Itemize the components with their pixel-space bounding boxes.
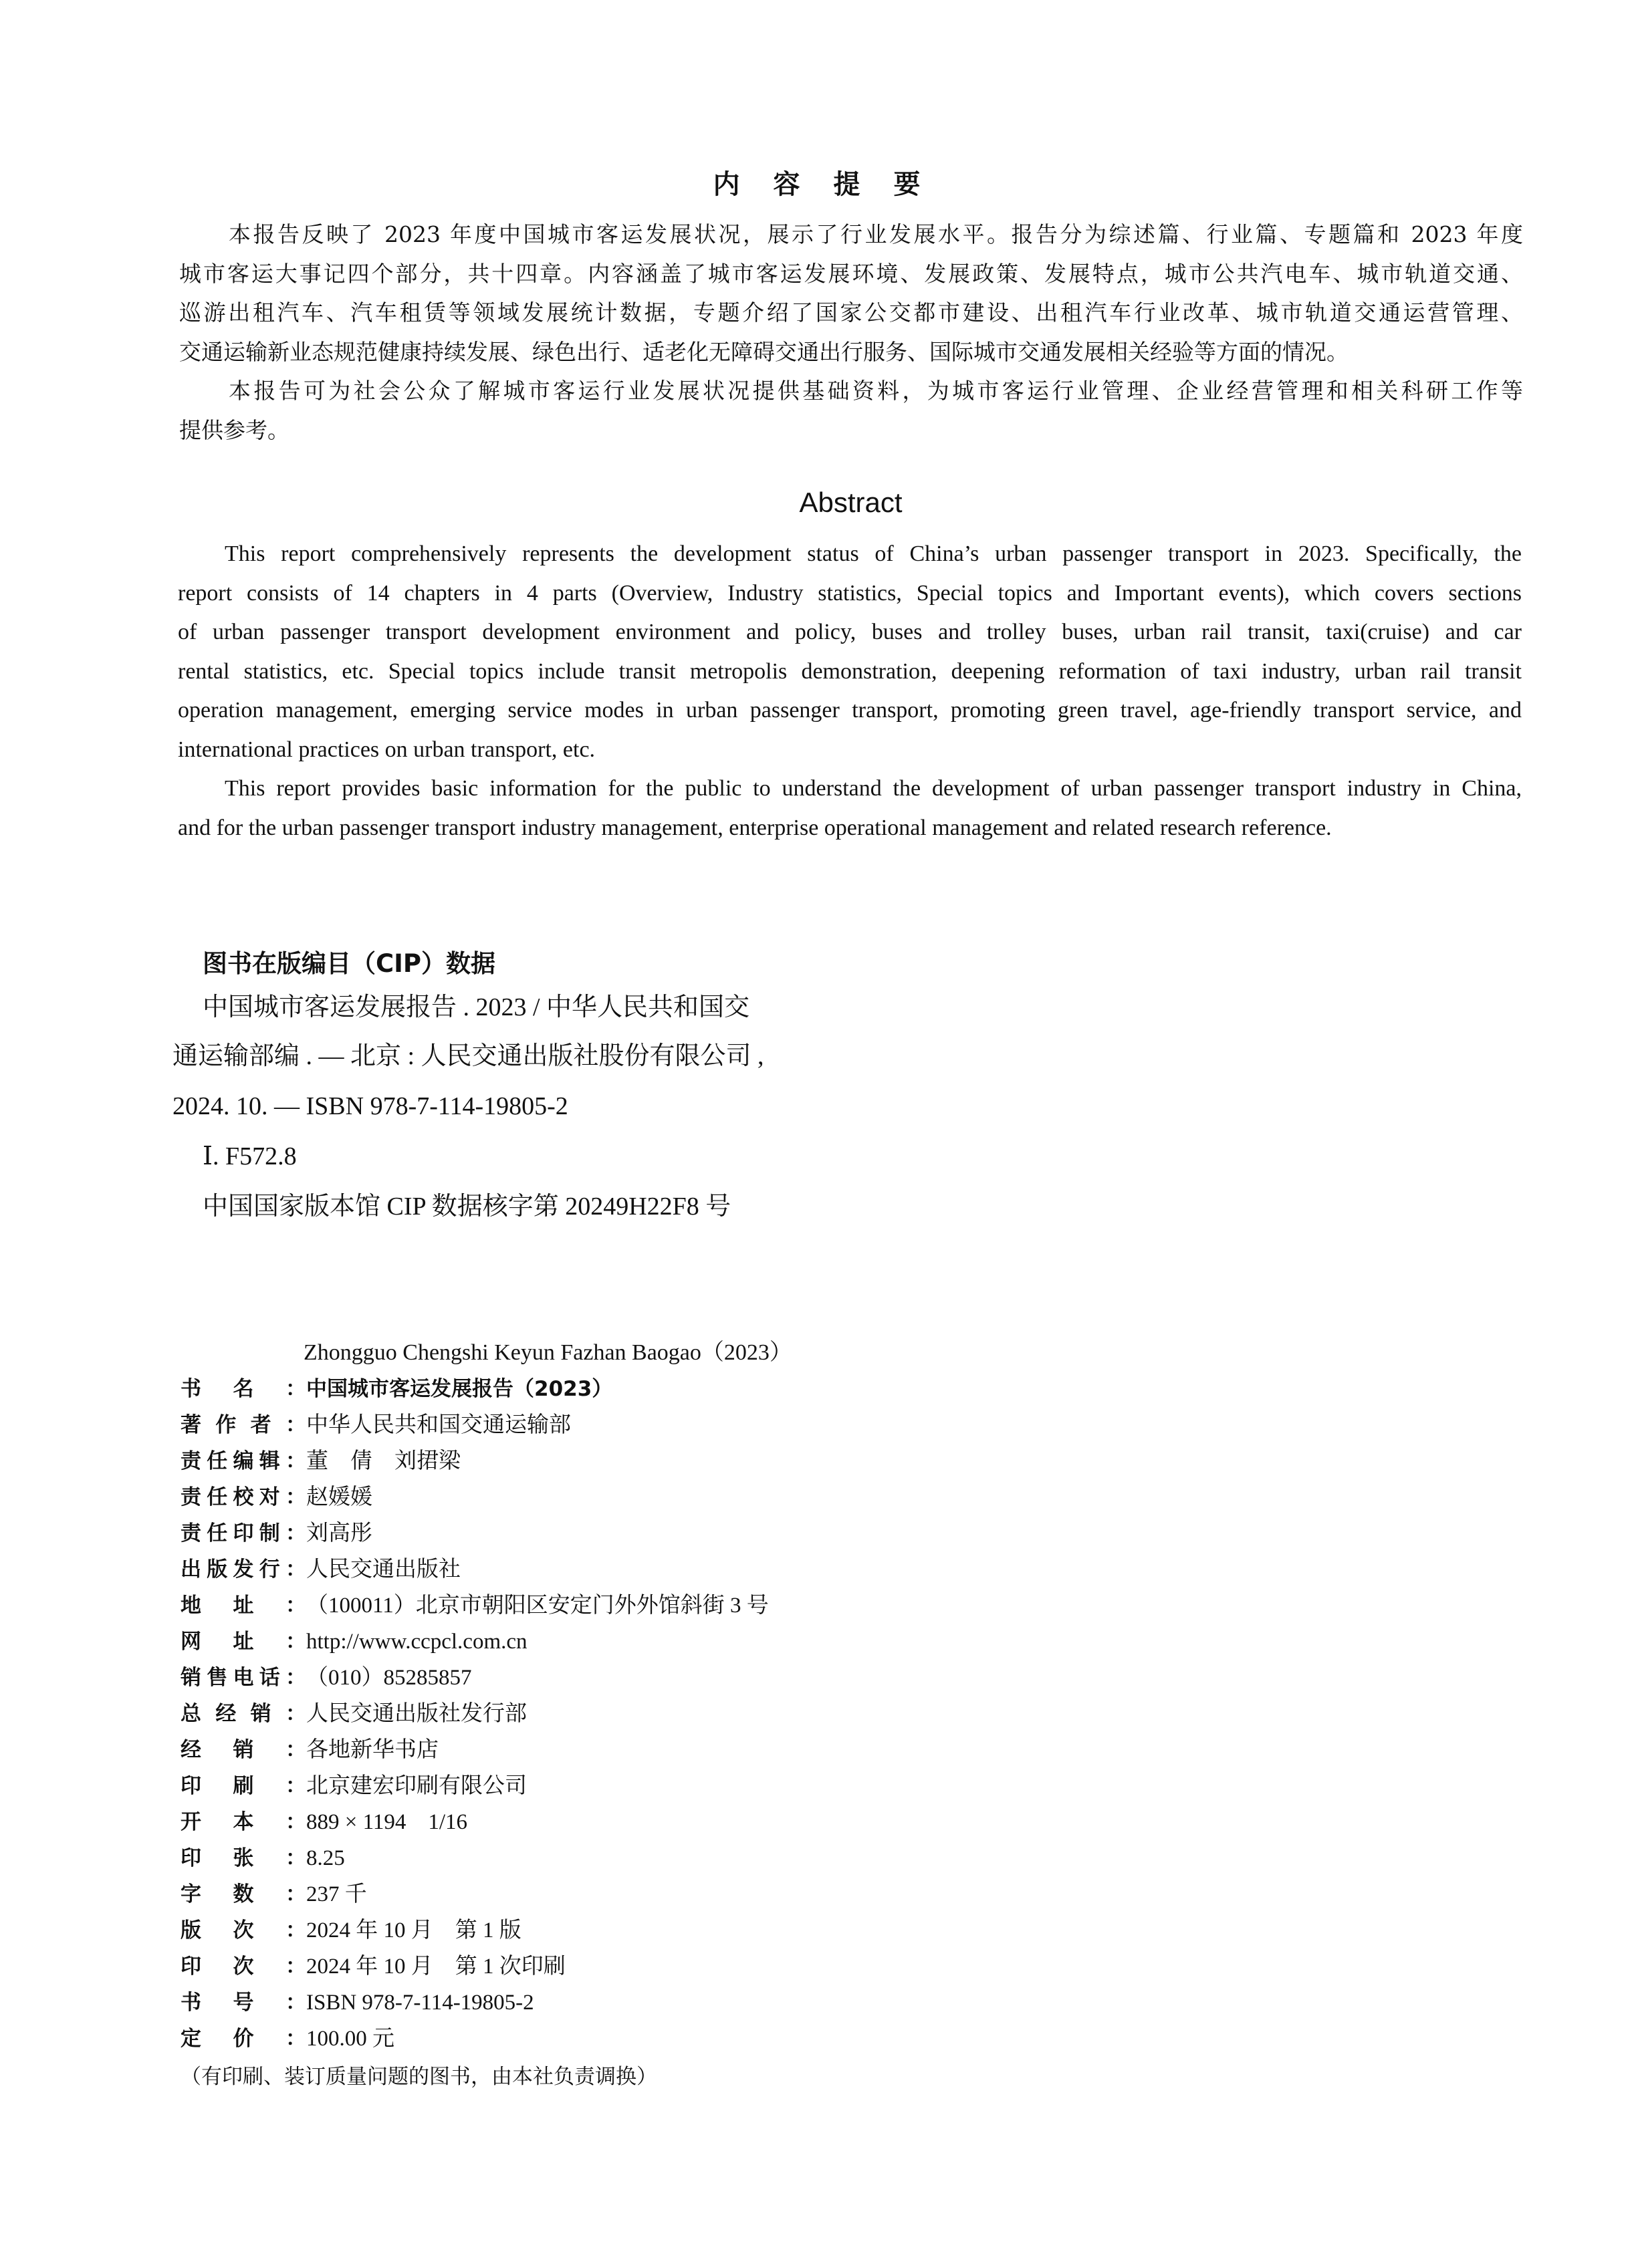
summary-body: 本报告反映了 2023 年度中国城市客运发展状况，展示了行业发展水平。报告分为综… (179, 215, 1523, 450)
copyright-page: 内容提要 本报告反映了 2023 年度中国城市客运发展状况，展示了行业发展水平。… (0, 0, 1632, 2268)
colophon-label: 销售电话： (181, 1660, 306, 1696)
colophon-label: 版次： (181, 1912, 306, 1948)
colophon-row-edition: 版次： 2024 年 10 月 第 1 版 (181, 1912, 521, 1948)
colophon-row-distributor: 经销： 各地新华书店 (181, 1732, 439, 1768)
colophon-value: 赵媛媛 (306, 1479, 372, 1515)
cip-line: 中国城市客运发展报告 . 2023 / 中华人民共和国交 (203, 989, 749, 1025)
colophon-row-format: 开本： 889 × 1194 1/16 (181, 1804, 467, 1840)
colophon-value: 人民交通出版社发行部 (306, 1696, 527, 1732)
colophon-row-printing-supervisor: 责任印制： 刘高彤 (181, 1515, 372, 1551)
colophon-row-sheets: 印张： 8.25 (181, 1840, 345, 1876)
colophon-value: 100.00 元 (306, 2021, 394, 2057)
summary-line: 提供参考。 (179, 411, 1523, 451)
colophon-label: 定价： (181, 2021, 306, 2057)
summary-line: 本报告反映了 2023 年度中国城市客运发展状况，展示了行业发展水平。报告分为综… (179, 215, 1523, 255)
summary-line: 城市客运大事记四个部分，共十四章。内容涵盖了城市客运发展环境、发展政策、发展特点… (179, 255, 1523, 294)
colophon-row-website: 网址： http://www.ccpcl.com.cn (181, 1624, 528, 1660)
colophon-row-word-count: 字数： 237 千 (181, 1876, 367, 1912)
cip-line: 2024. 10. — ISBN 978-7-114-19805-2 (172, 1088, 568, 1124)
pinyin-title: Zhongguo Chengshi Keyun Fazhan Baogao（20… (304, 1335, 792, 1371)
colophon-value: 中华人民共和国交通运输部 (306, 1407, 571, 1443)
colophon-row-general-distributor: 总经销： 人民交通出版社发行部 (181, 1696, 527, 1732)
colophon-row-address: 地址： （100011）北京市朝阳区安定门外外馆斜街 3 号 (181, 1588, 769, 1624)
colophon-label: 著作者： (181, 1407, 306, 1443)
colophon-value: （010）85285857 (306, 1660, 472, 1696)
colophon-row-price: 定价： 100.00 元 (181, 2021, 394, 2057)
colophon-row-publisher: 出版发行： 人民交通出版社 (181, 1551, 461, 1588)
colophon-value: 8.25 (306, 1840, 345, 1876)
abstract-line: and for the urban passenger transport in… (178, 809, 1522, 848)
abstract-line: This report comprehensively represents t… (178, 535, 1522, 574)
colophon-value: 889 × 1194 1/16 (306, 1804, 467, 1840)
colophon-label: 出版发行： (181, 1551, 306, 1588)
website-link[interactable]: http://www.ccpcl.com.cn (306, 1624, 528, 1660)
colophon-label: 书名： (181, 1371, 306, 1407)
colophon-row-impression: 印次： 2024 年 10 月 第 1 次印刷 (181, 1948, 566, 1985)
summary-line: 本报告可为社会公众了解城市客运行业发展状况提供基础资料，为城市客运行业管理、企业… (179, 372, 1523, 411)
colophon-value: ISBN 978-7-114-19805-2 (306, 1985, 534, 2021)
colophon-label: 网址： (181, 1624, 306, 1660)
abstract-title: Abstract (0, 485, 1632, 520)
colophon-value: 人民交通出版社 (306, 1551, 461, 1588)
colophon-row-sales-phone: 销售电话： （010）85285857 (181, 1660, 472, 1696)
colophon-label: 字数： (181, 1876, 306, 1912)
colophon-row-isbn: 书号： ISBN 978-7-114-19805-2 (181, 1985, 534, 2021)
summary-line: 交通运输新业态规范健康持续发展、绿色出行、适老化无障碍交通出行服务、国际城市交通… (179, 333, 1523, 372)
abstract-body: This report comprehensively represents t… (178, 535, 1522, 848)
colophon-label: 总经销： (181, 1696, 306, 1732)
colophon-label: 责任印制： (181, 1515, 306, 1551)
colophon-label: 责任校对： (181, 1479, 306, 1515)
colophon-value: 刘高彤 (306, 1515, 372, 1551)
colophon-value: 2024 年 10 月 第 1 次印刷 (306, 1948, 566, 1985)
abstract-line: operation management, emerging service m… (178, 691, 1522, 731)
summary-title: 内容提要 (0, 167, 1632, 202)
abstract-line: of urban passenger transport development… (178, 613, 1522, 652)
colophon-value: （100011）北京市朝阳区安定门外外馆斜街 3 号 (306, 1588, 769, 1624)
colophon-value: 董 倩 刘捃梁 (306, 1443, 461, 1479)
colophon-row-editor: 责任编辑： 董 倩 刘捃梁 (181, 1443, 461, 1479)
abstract-line: rental statistics, etc. Special topics i… (178, 652, 1522, 692)
colophon-label: 经销： (181, 1732, 306, 1768)
colophon-value: 中国城市客运发展报告（2023） (306, 1371, 612, 1407)
colophon-value: 2024 年 10 月 第 1 版 (306, 1912, 521, 1948)
colophon-row-printer: 印刷： 北京建宏印刷有限公司 (181, 1768, 527, 1804)
abstract-line: report consists of 14 chapters in 4 part… (178, 574, 1522, 614)
colophon-label: 开本： (181, 1804, 306, 1840)
cip-title: 图书在版编目（CIP）数据 (203, 946, 495, 982)
colophon-label: 印次： (181, 1948, 306, 1985)
colophon-value: 北京建宏印刷有限公司 (306, 1768, 527, 1804)
colophon-label: 书号： (181, 1985, 306, 2021)
cip-line: 通运输部编 . — 北京 : 人民交通出版社股份有限公司 , (172, 1038, 764, 1074)
colophon-value: 各地新华书店 (306, 1732, 439, 1768)
colophon-row-author: 著作者： 中华人民共和国交通运输部 (181, 1407, 571, 1443)
summary-line: 巡游出租汽车、汽车租赁等领域发展统计数据，专题介绍了国家公交都市建设、出租汽车行… (179, 293, 1523, 333)
colophon-label: 地址： (181, 1588, 306, 1624)
quality-note: （有印刷、装订质量问题的图书，由本社负责调换） (181, 2059, 657, 2095)
colophon-value: 237 千 (306, 1876, 367, 1912)
cip-line: Ⅰ. F572.8 (203, 1138, 297, 1174)
colophon-row-proofreader: 责任校对： 赵媛媛 (181, 1479, 372, 1515)
cip-line: 中国国家版本馆 CIP 数据核字第 20249H22F8 号 (203, 1188, 731, 1225)
abstract-line: international practices on urban transpo… (178, 731, 1522, 770)
colophon-row-title: 书名： 中国城市客运发展报告（2023） (181, 1371, 612, 1407)
abstract-line: This report provides basic information f… (178, 769, 1522, 809)
colophon-label: 印张： (181, 1840, 306, 1876)
colophon-label: 责任编辑： (181, 1443, 306, 1479)
colophon-label: 印刷： (181, 1768, 306, 1804)
